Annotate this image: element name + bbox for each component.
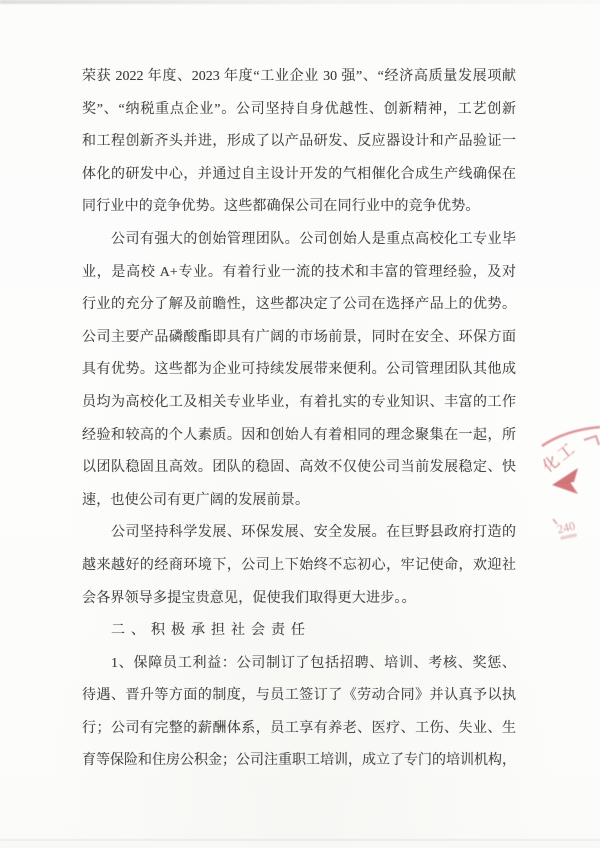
text-line: 经验和较高的个人素质。因和创始人有着相同的理念聚集在一起，所	[82, 420, 516, 453]
text-line: 行；公司有完整的薪酬体系，员工享有养老、医疗、工伤、失业、生	[82, 713, 516, 746]
scan-top-edge-artifact	[0, 0, 600, 4]
text-line: 以团队稳固且高效。团队的稳固、高效不仅使公司当前发展稳定、快	[82, 452, 516, 485]
partial-company-seal-stamp: 化工 240	[538, 416, 600, 556]
seal-ring-arc-fragment	[584, 436, 599, 445]
text-line: 体化的研发中心，并通过自主设计开发的气相催化合成生产线确保在	[82, 159, 516, 192]
text-line: 1、保障员工利益：公司制订了包括招聘、培训、考核、奖惩、	[82, 648, 516, 681]
text-line: 公司主要产品磷酸酯即具有广阔的市场前景，同时在安全、环保方面	[82, 322, 516, 355]
seal-number: 240	[556, 519, 577, 537]
text-line: 育等保险和住房公积金；公司注重职工培训，成立了专门的培训机构，	[82, 745, 516, 778]
paragraph-4: 1、保障员工利益：公司制订了包括招聘、培训、考核、奖惩、 待遇、晋升等方面的制度…	[82, 648, 516, 778]
text-line: 行业的充分了解及前瞻性，这些都决定了公司在选择产品上的优势。	[82, 289, 516, 322]
text-line: 越来越好的经商环境下，公司上下始终不忘初心，牢记使命，欢迎社	[82, 550, 516, 583]
scanned-document-page: 荣获 2022 年度、2023 年度“工业企业 30 强”、“经济高质量发展项献…	[0, 0, 600, 848]
paragraph-3: 公司坚持科学发展、环保发展、安全发展。在巨野县政府打造的 越来越好的经商环境下，…	[82, 517, 516, 615]
text-line: 员均为高校化工及相关专业毕业，有着扎实的专业知识、丰富的工作	[82, 387, 516, 420]
text-line: 会各界领导多提宝贵意见，促使我们取得更大进步。。	[82, 583, 516, 616]
text-line: 业，是高校 A+专业。有着行业一流的技术和丰富的管理经验，及对	[82, 257, 516, 290]
text-line: 公司有强大的创始管理团队。公司创始人是重点高校化工专业毕	[82, 224, 516, 257]
scan-bottom-strip	[0, 841, 600, 848]
document-text-block: 荣获 2022 年度、2023 年度“工业企业 30 强”、“经济高质量发展项献…	[82, 61, 516, 778]
text-line: 公司坚持科学发展、环保发展、安全发展。在巨野县政府打造的	[82, 517, 516, 550]
section-heading: 二、积极承担社会责任	[82, 615, 516, 648]
text-line: 奖”、“纳税重点企业”。公司坚持自身优越性、创新精神，工艺创新	[82, 94, 516, 127]
paragraph-1: 荣获 2022 年度、2023 年度“工业企业 30 强”、“经济高质量发展项献…	[82, 61, 516, 224]
text-line: 待遇、晋升等方面的制度，与员工签订了《劳动合同》并认真予以执	[82, 680, 516, 713]
text-line: 和工程创新齐头并进，形成了以产品研发、反应器设计和产品验证一	[82, 126, 516, 159]
text-line: 荣获 2022 年度、2023 年度“工业企业 30 强”、“经济高质量发展项献	[82, 61, 516, 94]
text-line: 速，也使公司有更广阔的发展前景。	[82, 485, 516, 518]
text-line: 具有优势。这些都为企业可持续发展带来便利。公司管理团队其他成	[82, 354, 516, 387]
text-line: 同行业中的竞争优势。这些都确保公司在同行业中的竞争优势。	[82, 191, 516, 224]
paragraph-2: 公司有强大的创始管理团队。公司创始人是重点高校化工专业毕 业，是高校 A+专业。…	[82, 224, 516, 517]
